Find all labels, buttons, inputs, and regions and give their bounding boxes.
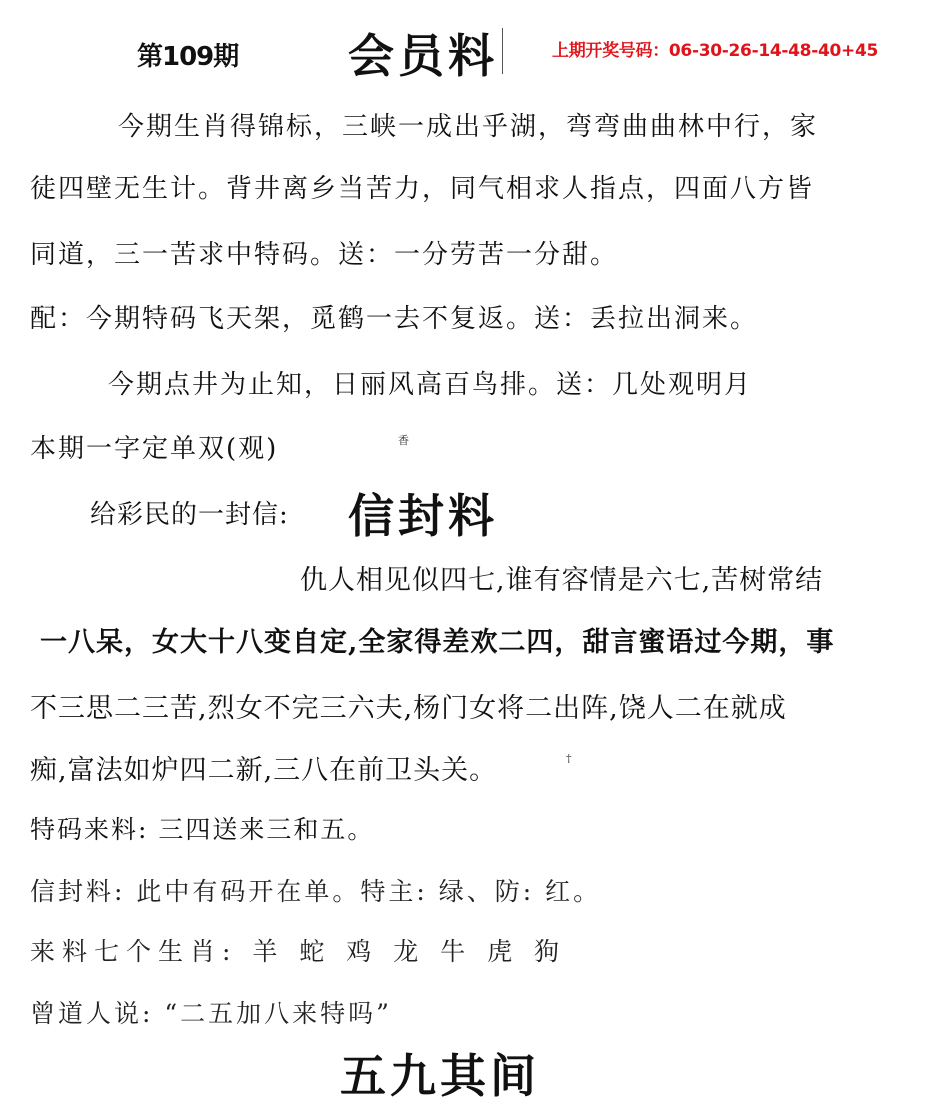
poem-line: 本期一字定单双(观) (30, 428, 278, 465)
note-line: 特码来料: 三四送来三和五。 (30, 810, 374, 846)
last-draw-numbers: 06-30-26-14-48-40+45 (669, 41, 878, 61)
letter-intro: 给彩民的一封信: (90, 494, 289, 531)
letter-line: 仇人相见似四七,谁有容情是六七,苦树常结 (300, 558, 823, 597)
issue-number: 第109期 (137, 36, 238, 73)
poem-line: 徒四壁无生计。背井离乡当苦力，同气相求人指点，四面八方皆 (30, 168, 814, 205)
letter-title: 信封料 (348, 480, 498, 546)
letter-line: 痴,富法如炉四二新,三八在前卫头关。 (30, 748, 497, 787)
poem-line: 今期点井为止知，日丽风高百鸟排。送：几处观明月 (108, 364, 752, 401)
tick-mark: † (566, 752, 572, 765)
note-line: 信封料: 此中有码开在单。特主: 绿、防: 红。 (30, 872, 601, 908)
last-draw-label: 上期开奖号码： (552, 41, 669, 61)
page-title: 会员料 (348, 20, 498, 86)
last-draw-results: 上期开奖号码：06-30-26-14-48-40+45 (552, 36, 878, 61)
text-cursor-mark (502, 28, 503, 74)
letter-line: 一八呆，女大十八变自定,全家得差欢二四，甜言蜜语过今期，事 (40, 620, 834, 659)
note-line: 来料七个生肖: 羊 蛇 鸡 龙 牛 虎 狗 (30, 932, 566, 968)
final-headline: 五九其间 (340, 1040, 540, 1106)
stamp-mark: 香 (398, 432, 409, 448)
poem-line: 今期生肖得锦标，三峡一成出乎湖，弯弯曲曲林中行，家 (118, 106, 818, 143)
note-line: 曾道人说: “二五加八来特吗” (30, 994, 392, 1030)
letter-line: 不三思二三苦,烈女不完三六夫,杨门女将二出阵,饶人二在就成 (30, 686, 787, 725)
poem-line: 配：今期特码飞天架，觅鹤一去不复返。送：丢拉出洞来。 (30, 298, 758, 335)
poem-line: 同道，三一苦求中特码。送：一分劳苦一分甜。 (30, 234, 618, 271)
